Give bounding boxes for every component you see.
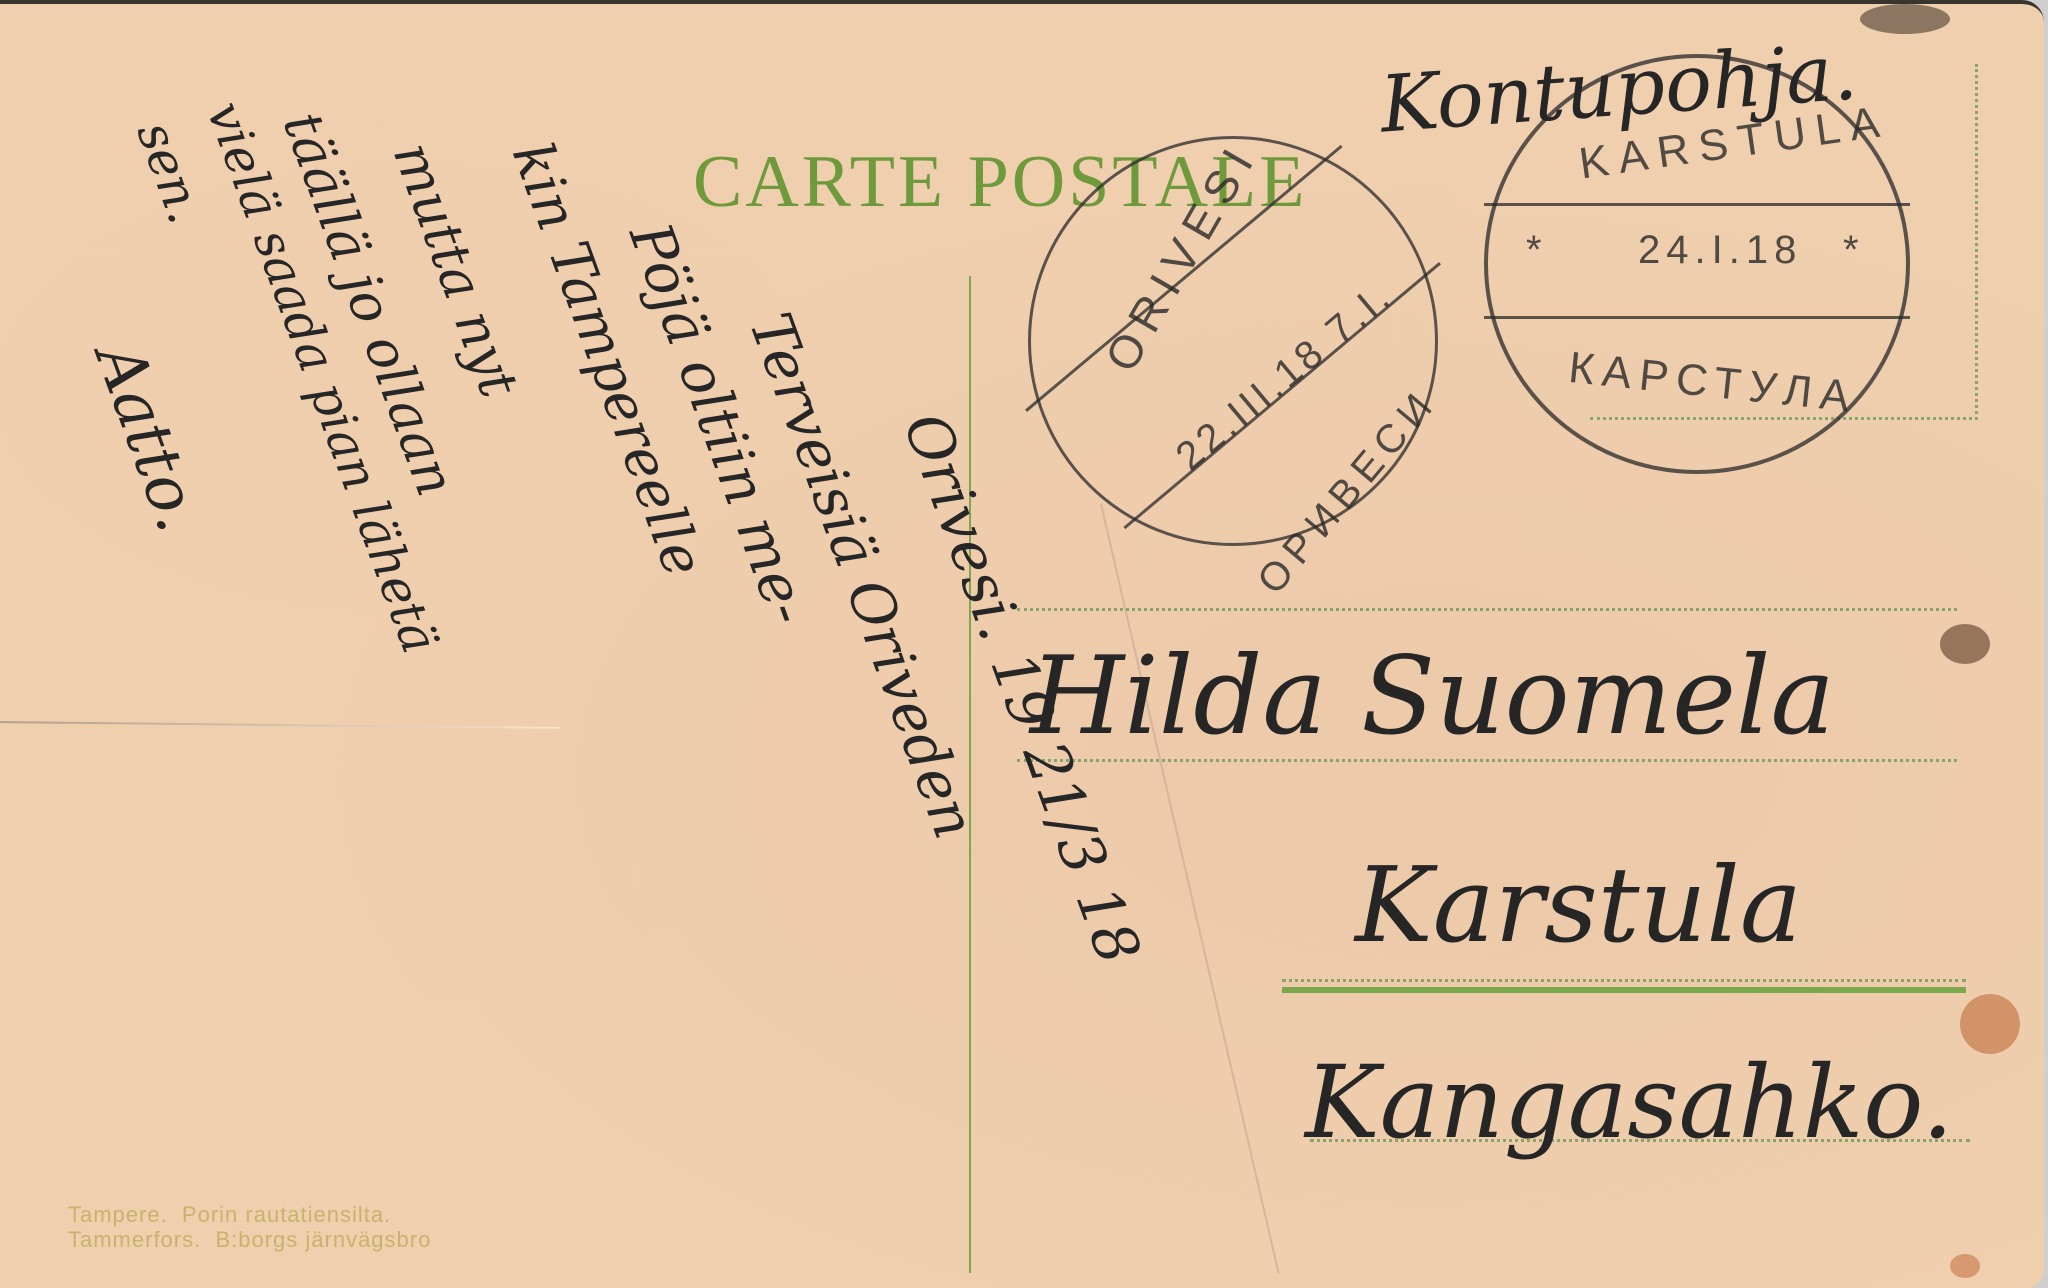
postmark-place-cyrillic: ОРИВЕСИ (1249, 380, 1446, 603)
address-line (1017, 608, 1957, 611)
ink-stain (1950, 1254, 1980, 1278)
address-village: Kangasahko. (1305, 1044, 1954, 1161)
postcard-back: CARTE POSTALE Tampere. Porin rautatiensi… (0, 0, 2044, 1288)
address-line (1282, 979, 1966, 982)
picture-caption: Tampere. Porin rautatiensilta. Tammerfor… (68, 1202, 431, 1252)
postmark-date: 24.I.18 (1638, 228, 1802, 273)
address-town: Karstula (1355, 844, 1802, 966)
star-icon: * (1843, 228, 1859, 273)
address-recipient: Hilda Suomela (1030, 634, 1835, 759)
ink-stain (1940, 624, 1990, 664)
paper-crease (0, 721, 560, 729)
corner-wear (1860, 4, 1950, 34)
caption-line-1: Tampere. Porin rautatiensilta. (68, 1202, 391, 1227)
ink-stain (1960, 994, 2020, 1054)
star-icon: * (1526, 228, 1542, 273)
signature: Aatto. (80, 334, 216, 541)
postmark-orivesi: ORIVESI 22.III.18 7.I. ОРИВЕСИ (1028, 136, 1438, 546)
address-underline (1282, 987, 1966, 993)
caption-line-2: Tammerfors. B:borgs järnvägsbro (68, 1227, 431, 1252)
address-line (1017, 759, 1957, 762)
postmark-place-cyrillic: КАРСТУЛА (1566, 343, 1859, 423)
